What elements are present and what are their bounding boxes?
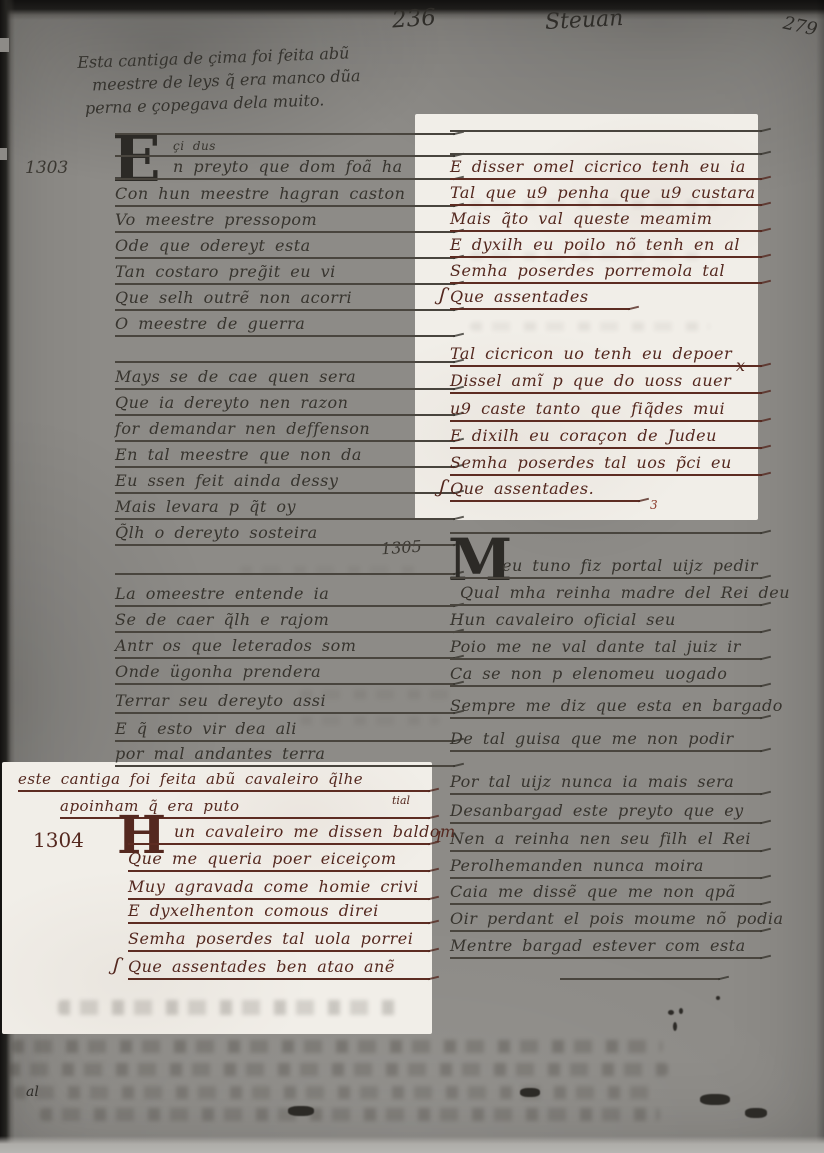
ink-speck (716, 996, 720, 1000)
verse-line: Perolhemanden nunca moira (450, 851, 762, 879)
verse-text: eu tuno fiz portal uijz pedir (450, 558, 758, 577)
verse-text: Oir perdant el pois moume nõ podia (450, 911, 784, 930)
bleedthrough-line (12, 1040, 662, 1053)
verse-text: Mais q̃to val queste meamim (450, 211, 712, 230)
bleedthrough-line (40, 1108, 660, 1121)
verse-text: Ode que odereyt esta (115, 238, 311, 257)
scan-right-edge (816, 0, 824, 1153)
verse-line: La omeestre entende ia (115, 579, 455, 607)
ink-blot (700, 1094, 730, 1105)
verse-line: E q̃ esto vir dea ali (115, 714, 455, 742)
verse-text: Mays se de cae quen sera (115, 369, 356, 388)
verse-text: Dissel amĩ p que do uoss auer (450, 373, 731, 392)
verse-line: Semha poserdes tal uos p̃ci eu (450, 448, 762, 476)
ruled-line (450, 127, 762, 155)
verse-text: Tal que u9 penha que u9 custara (450, 185, 756, 204)
verse-line: De tal guisa que me non podir (450, 724, 762, 752)
verse-text: Hun cavaleiro oficial seu (450, 612, 676, 631)
verse-line: Caia me dissẽ que me non qpã (450, 877, 762, 905)
refrain-line: Que assentades (450, 282, 630, 310)
ink-speck (668, 1010, 674, 1015)
verse-line: Semha poserdes tal uola porrei (128, 924, 430, 952)
verse-line: Eu ssen feit ainda dessy (115, 466, 455, 494)
verse-text: for demandar nen deffenson (115, 421, 370, 440)
margin-number-1304: 1304 (33, 828, 84, 852)
rubric-line: este cantiga foi feita abũ cavaleiro q̃l… (18, 764, 430, 792)
verse-text: Mais levara p q̃t oy (115, 499, 296, 518)
verse-line: E disser omel cicrico tenh eu ia (450, 152, 762, 180)
verse-text: E dyxilh eu poilo nõ tenh en al (450, 237, 740, 256)
verse-line: Tal cicricon uo tenh eu depoer (450, 339, 762, 367)
verse-text: Que assentades. (450, 481, 594, 500)
margin-number-1303: 1303 (25, 158, 68, 178)
ink-blot (288, 1106, 314, 1116)
verse-text: Desanbargad este preyto que ey (450, 803, 744, 822)
stroke-mark: 1 (434, 828, 444, 846)
verse-line: Nen a reinha nen seu filh el Rei (450, 824, 762, 852)
refrain-line: Que assentades. (450, 474, 640, 502)
ruled-line (115, 335, 455, 363)
verse-line: Sempre me diz que esta en bargado (450, 691, 762, 719)
verse-line: Tal que u9 penha que u9 custara (450, 178, 762, 206)
ruled-line (115, 547, 455, 575)
bleedthrough-ghost (470, 322, 710, 331)
verse-text: Onde ügonha prendera (115, 664, 321, 683)
verse-line: Que ia dereyto nen razon (115, 388, 455, 416)
verse-line: Q̃lh o dereyto sosteira (115, 518, 455, 546)
verse-line: Desanbargad este preyto que ey (450, 796, 762, 824)
verse-text: Semha poserdes porremola tal (450, 263, 725, 282)
verse-line: un cavaleiro me dissen baldom (128, 817, 430, 845)
rubric-text: este cantiga foi feita abũ cavaleiro q̃l… (18, 772, 363, 790)
verse-line: Oir perdant el pois moume nõ podia (450, 904, 762, 932)
verse-line: Terrar seu dereyto assi (115, 686, 455, 714)
verse-line: E dixilh eu coraçon de Judeu (450, 421, 762, 449)
verse-text: Nen a reinha nen seu filh el Rei (450, 831, 751, 850)
verse-line: Mais q̃to val queste meamim (450, 204, 762, 232)
verse-line: for demandar nen deffenson (115, 414, 455, 442)
verse-text: Qual mha reinha madre del Rei deu (450, 585, 790, 604)
verse-text: Eu ssen feit ainda dessy (115, 473, 338, 492)
verse-line: Vo meestre pressopom (115, 205, 455, 233)
verse-text: E dixilh eu coraçon de Judeu (450, 428, 717, 447)
verse-line: Qual mha reinha madre del Rei deu (450, 578, 762, 606)
verse-line: Por tal uijz nunca ia mais sera (450, 767, 762, 795)
verse-line: Poio me ne val dante tal juiz ir (450, 632, 762, 660)
verse-line: Se de caer q̃lh e rajom (115, 605, 455, 633)
small-marginal-note: tial (392, 794, 410, 807)
verse-line: E dyxelhenton comous direi (128, 896, 430, 924)
scribe-name: Steuan (544, 6, 624, 35)
verse-line: Dissel amĩ p que do uoss auer (450, 366, 762, 394)
verse-text: Caia me dissẽ que me non qpã (450, 884, 736, 903)
scan-bottom-edge (0, 1136, 824, 1153)
faded-text-smudge (58, 1000, 403, 1015)
verse-line: Antr os que leterados som (115, 631, 455, 659)
verse-line: Mais levara p q̃t oy (115, 492, 455, 520)
ink-speck (679, 1008, 683, 1014)
verse-text: Que assentades ben atao anẽ (128, 959, 395, 978)
verse-text: O meestre de guerra (115, 316, 305, 335)
verse-text: Por tal uijz nunca ia mais sera (450, 774, 734, 793)
verse-line: Con hun meestre hagran caston (115, 179, 455, 207)
edge-notch (0, 148, 7, 160)
verse-text: n preyto que dom foã ha (115, 159, 403, 178)
verse-text: E disser omel cicrico tenh eu ia (450, 159, 746, 178)
verse-line: Tan costaro preg̃it eu vi (115, 257, 455, 285)
edge-notch (0, 38, 9, 52)
verse-line: Que me queria poer eiceiçom (128, 844, 430, 872)
verse-text: Que selh outrẽ non acorri (115, 290, 352, 309)
verse-text: Se de caer q̃lh e rajom (115, 612, 329, 631)
verse-line: Ode que odereyt esta (115, 231, 455, 259)
verse-text: Vo meestre pressopom (115, 212, 317, 231)
verse-text: Q̃lh o dereyto sosteira (115, 525, 318, 544)
verse-text: De tal guisa que me non podir (450, 731, 734, 750)
verse-text: Con hun meestre hagran caston (115, 186, 405, 205)
verse-text: Ca se non p elenomeu uogado (450, 666, 727, 685)
verse-text: En tal meestre que non da (115, 447, 362, 466)
verse-line: E dyxilh eu poilo nõ tenh en al (450, 230, 762, 258)
ink-blot (520, 1088, 540, 1097)
verse-line: n preyto que dom foã ha (115, 152, 455, 180)
rubric-line: apoinham q̃ era puto (60, 791, 430, 819)
verse-text: Perolhemanden nunca moira (450, 858, 704, 877)
verse-text: E dyxelhenton comous direi (128, 903, 379, 922)
folio-number-center: 236 (391, 5, 437, 34)
verse-text: u9 caste tanto que fiq̃des mui (450, 401, 725, 420)
verse-line: Semha poserdes porremola tal (450, 256, 762, 284)
ruled-line (560, 952, 720, 980)
verse-line: Ca se non p elenomeu uogado (450, 659, 762, 687)
verse-text: E q̃ esto vir dea ali (115, 721, 297, 740)
ink-speck (673, 1022, 677, 1031)
verse-text: por mal andantes terra (115, 746, 325, 765)
verse-text: Tal cicricon uo tenh eu depoer (450, 346, 732, 365)
verse-line: Onde ügonha prendera (115, 657, 455, 685)
verse-line: O meestre de guerra (115, 309, 455, 337)
verse-line: En tal meestre que non da (115, 440, 455, 468)
verse-text: Tan costaro preg̃it eu vi (115, 264, 336, 283)
ink-blot (745, 1108, 767, 1118)
bleedthrough-line (14, 1086, 654, 1099)
verse-text: La omeestre entende ia (115, 586, 329, 605)
verse-text: Que me queria poer eiceiçom (128, 851, 397, 870)
verse-line: Mays se de cae quen sera (115, 362, 455, 390)
verse-text: Terrar seu dereyto assi (115, 693, 326, 712)
verse-text: Sempre me diz que esta en bargado (450, 698, 783, 717)
verse-line: Que selh outrẽ non acorri (115, 283, 455, 311)
verse-text: Semha poserdes tal uos p̃ci eu (450, 455, 732, 474)
verse-line: u9 caste tanto que fiq̃des mui (450, 394, 762, 422)
verse-text: Semha poserdes tal uola porrei (128, 931, 413, 950)
verse-text: Antr os que leterados som (115, 638, 356, 657)
refrain-line: Que assentades ben atao anẽ (128, 952, 430, 980)
verse-text: Poio me ne val dante tal juiz ir (450, 639, 741, 658)
verse-line: Hun cavaleiro oficial seu (450, 605, 762, 633)
manuscript-page: 236 Steuan 279 Esta cantiga de çima foi … (0, 0, 824, 1153)
verse-line: por mal andantes terra (115, 739, 455, 767)
verse-line: eu tuno fiz portal uijz pedir (450, 551, 762, 579)
bleedthrough-line (8, 1063, 668, 1076)
verse-text: Que assentades (450, 289, 589, 308)
verse-text: un cavaleiro me dissen baldom (128, 824, 456, 843)
verse-text: Que ia dereyto nen razon (115, 395, 348, 414)
